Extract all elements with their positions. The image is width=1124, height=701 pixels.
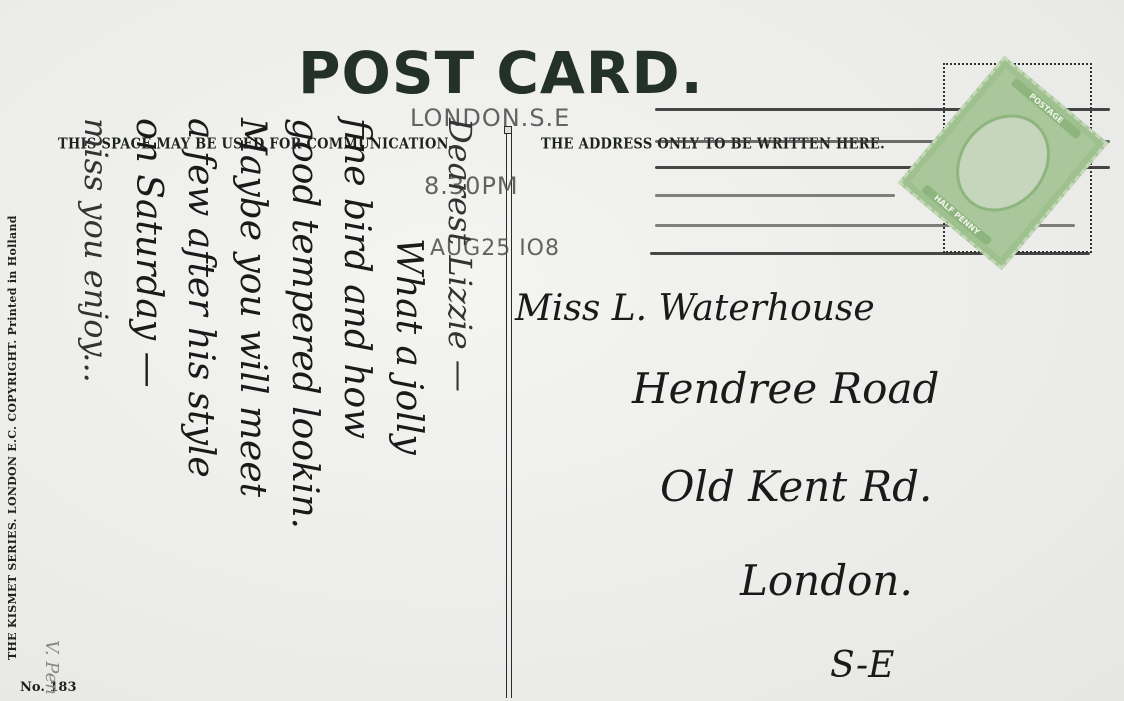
address-header: THE ADDRESS ONLY TO BE WRITTEN HERE.: [541, 136, 885, 153]
address-district: S-E: [830, 645, 894, 686]
message-line: Dearest Lizzie —: [434, 118, 486, 698]
address-road: Old Kent Rd.: [660, 462, 932, 511]
handwritten-message: Dearest Lizzie — What a jolly fine bird …: [70, 118, 486, 698]
center-divider: [506, 128, 512, 698]
address-city: London.: [740, 556, 913, 605]
message-line: What a jolly: [382, 118, 434, 698]
message-line: good tempered lookin.: [278, 118, 330, 698]
message-line: a few after his style: [174, 118, 226, 698]
address-recipient: Miss L. Waterhouse: [515, 288, 875, 329]
message-line: fine bird and how: [330, 118, 382, 698]
postcard-title: POST CARD.: [298, 44, 704, 102]
address-street: Hendree Road: [632, 364, 939, 413]
message-line: on Saturday —: [122, 118, 174, 698]
message-line: miss you enjoy...: [70, 118, 122, 698]
postcard: POST CARD. THIS SPACE MAY BE USED FOR CO…: [0, 0, 1124, 701]
publisher-imprint: THE KISMET SERIES. LONDON E.C. COPYRIGHT…: [6, 215, 19, 660]
signature: V. Pen: [41, 640, 62, 695]
cancel-line: [655, 194, 895, 197]
message-line: Maybe you will meet: [226, 118, 278, 698]
